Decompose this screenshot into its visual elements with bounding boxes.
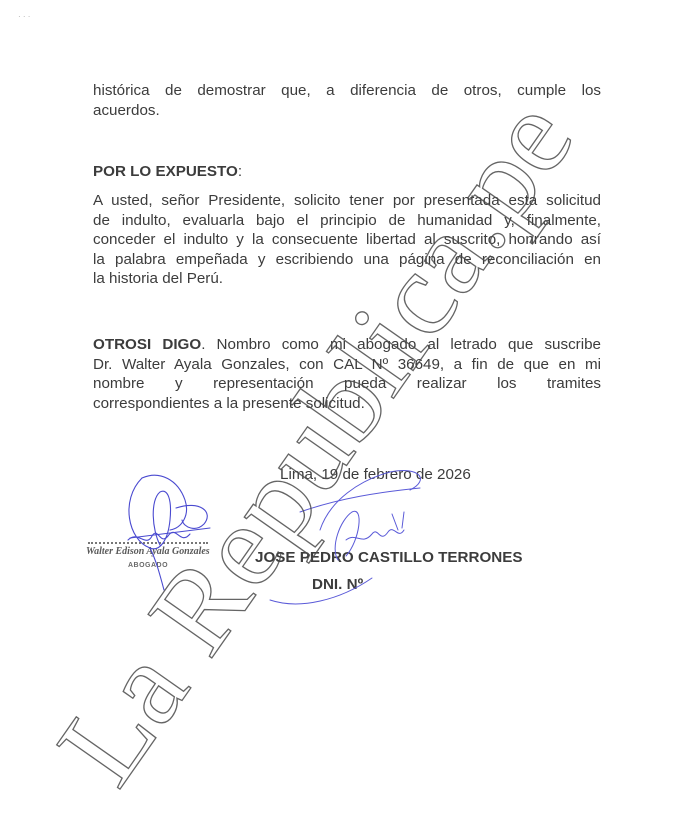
stamp-lawyer-role: ABOGADO <box>128 562 168 569</box>
stamp-dotted-line <box>88 542 208 544</box>
text-line: la palabra empeñada y escribiendo una pá… <box>93 250 601 270</box>
text-line: acuerdos. <box>93 101 601 121</box>
request-paragraph: A usted, señor Presidente, solicito tene… <box>93 191 601 289</box>
text-line: histórica de demostrar que, a diferencia… <box>93 81 601 101</box>
otrosi-line-text: . Nombro como mi abogado al letrado que … <box>201 336 601 353</box>
stamp-lawyer-name: Walter Edison Ayala Gonzales <box>86 546 210 557</box>
signer-name: JOSE PEDRO CASTILLO TERRONES <box>255 549 523 566</box>
section-heading: POR LO EXPUESTO: <box>93 162 601 182</box>
text-line: de indulto, evaluarla bajo el principio … <box>93 211 601 231</box>
otrosi-label: OTROSI DIGO <box>93 336 201 353</box>
text-line: correspondientes a la presente solicitud… <box>93 394 601 414</box>
text-line: A usted, señor Presidente, solicito tene… <box>93 191 601 211</box>
text-line: la historia del Perú. <box>93 269 601 289</box>
document-page: · · · histórica de demostrar que, a dife… <box>0 0 694 819</box>
otrosi-paragraph: OTROSI DIGO. Nombro como mi abogado al l… <box>93 335 601 413</box>
section-heading-text: POR LO EXPUESTO <box>93 163 238 180</box>
text-line: conceder el indulto y la consecuente lib… <box>93 230 601 250</box>
signer-dni: DNI. Nº <box>312 576 363 593</box>
watermark-text: La Republica.pe <box>32 76 598 806</box>
paragraph-continuation: histórica de demostrar que, a diferencia… <box>93 81 601 120</box>
section-heading-colon: : <box>238 163 242 180</box>
text-line: nombre y representación pueda realizar l… <box>93 374 601 394</box>
date-line: Lima, 19 de febrero de 2026 <box>280 466 471 483</box>
lawyer-stamp: Walter Edison Ayala Gonzales ABOGADO <box>86 532 216 592</box>
text-line: Dr. Walter Ayala Gonzales, con CAL Nº 36… <box>93 355 601 375</box>
scan-specks: · · · <box>18 12 30 21</box>
text-line: OTROSI DIGO. Nombro como mi abogado al l… <box>93 335 601 355</box>
